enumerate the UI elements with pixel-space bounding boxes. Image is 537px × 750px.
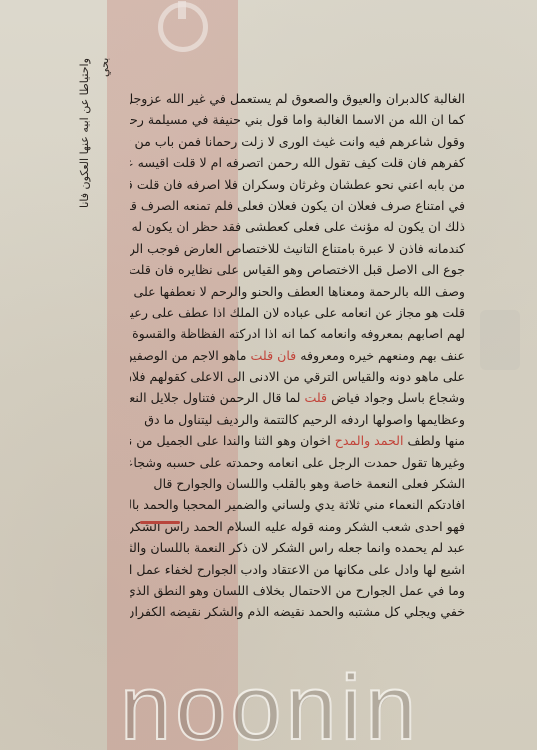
line-text: الغالبة كالدبران والعيوق والصعوق لم يستع… (130, 91, 465, 106)
manuscript-line: خفي ويجلي كل مشتبه والحمد نقيضه الذم وال… (130, 601, 465, 622)
manuscript-line: وقول شاعرهم فيه وانت غيث الورى لا زلت رح… (130, 131, 465, 152)
line-text: افادتكم النعماء مني ثلاثة يدي ولساني وال… (130, 497, 465, 512)
line-text: ذلك ان يكون له مؤنث على فعلى كعطشى فقد ح… (130, 219, 465, 234)
line-text: اخوان وهو الثنا والندا على الجميل من نعم… (130, 433, 331, 448)
manuscript-line: اشيع لها وادل على مكانها من الاعتقاد واد… (130, 559, 465, 580)
paper-stain (480, 310, 520, 370)
rubric-text: قلت (301, 390, 332, 405)
line-text: جوع الى الاصل قبل الاختصاص وهو القياس عل… (130, 262, 465, 277)
margin-note: واحتياطا عن ابيه عنها العكون فانا بحي (75, 58, 119, 208)
rubric-text: الحمد والمدح (331, 433, 408, 448)
manuscript-line: الغالبة كالدبران والعيوق والصعوق لم يستع… (130, 88, 465, 109)
watermark-text: noonin (120, 668, 537, 748)
manuscript-line: جوع الى الاصل قبل الاختصاص وهو القياس عل… (130, 259, 465, 280)
line-text: فهو احدى شعب الشكر ومنه قوله عليه السلام… (130, 519, 465, 534)
rubric-text: فان قلت (247, 348, 301, 363)
line-text: عنف بهم ومنعهم خيره ومعروفه (300, 348, 465, 363)
manuscript-line: وغيرها تقول حمدت الرجل على انعامه وحمدته… (130, 452, 465, 473)
line-text: ماهو الاجم من الوصفين (130, 348, 247, 363)
line-text: لهم اصابهم بمعروفه وانعامه كما انه اذا ا… (132, 326, 465, 341)
manuscript-line: عنف بهم ومنعهم خيره ومعروفه فان قلت ماهو… (130, 345, 465, 366)
line-text: وشجاع باسل وجواد فياض (331, 390, 465, 405)
line-text: وصف الله بالرحمة ومعناها العطف والحنو وا… (130, 284, 465, 299)
manuscript-line: كفرهم فان قلت كيف تقول الله رحمن اتصرفه … (130, 152, 465, 173)
line-text: خفي ويجلي كل مشتبه والحمد نقيضه الذم وال… (130, 604, 465, 619)
line-text: من بابه اعني نحو عطشان وغرثان وسكران فلا… (130, 177, 465, 192)
manuscript-line: كندمانه فاذن لا عبرة بامتناع التانيث للا… (130, 238, 465, 259)
manuscript-line: من بابه اعني نحو عطشان وغرثان وسكران فلا… (130, 174, 465, 195)
line-text: وعظايمها واصولها اردفه الرحيم كالتتمة وا… (144, 412, 465, 427)
line-text: كندمانه فاذن لا عبرة بامتناع التانيث للا… (130, 241, 465, 256)
manuscript-line: وصف الله بالرحمة ومعناها العطف والحنو وا… (130, 281, 465, 302)
manuscript-line: فهو احدى شعب الشكر ومنه قوله عليه السلام… (130, 516, 465, 537)
manuscript-line: كما ان الله من الاسما الغالبة واما قول ب… (130, 109, 465, 130)
circular-logo-icon (158, 2, 208, 52)
manuscript-page: واحتياطا عن ابيه عنها العكون فانا بحي ال… (0, 0, 537, 750)
manuscript-line: ذلك ان يكون له مؤنث على فعلى كعطشى فقد ح… (130, 216, 465, 237)
rubric-overline (140, 521, 180, 524)
line-text: اشيع لها وادل على مكانها من الاعتقاد واد… (130, 562, 465, 577)
manuscript-line: افادتكم النعماء مني ثلاثة يدي ولساني وال… (130, 494, 465, 515)
manuscript-line: قلت هو مجاز عن انعامه على عباده لان المل… (130, 302, 465, 323)
line-text: لما قال الرحمن فتناول جلايل النعم (130, 390, 301, 405)
line-text: كما ان الله من الاسما الغالبة واما قول ب… (130, 112, 465, 127)
manuscript-line: لهم اصابهم بمعروفه وانعامه كما انه اذا ا… (130, 323, 465, 344)
manuscript-line: وشجاع باسل وجواد فياض قلت لما قال الرحمن… (130, 387, 465, 408)
line-text: على ماهو دونه والقياس الترقي من الادنى ا… (130, 369, 465, 384)
line-text: الشكر فعلى النعمة خاصة وهو بالقلب واللسا… (153, 476, 465, 491)
line-text: وقول شاعرهم فيه وانت غيث الورى لا زلت رح… (130, 134, 465, 149)
line-text: كفرهم فان قلت كيف تقول الله رحمن اتصرفه … (130, 155, 465, 170)
manuscript-line: في امتناع صرف فعلان ان يكون فعلان فعلى ف… (130, 195, 465, 216)
manuscript-line: على ماهو دونه والقياس الترقي من الادنى ا… (130, 366, 465, 387)
line-text: وغيرها تقول حمدت الرجل على انعامه وحمدته… (130, 455, 465, 470)
manuscript-text: الغالبة كالدبران والعيوق والصعوق لم يستع… (130, 88, 465, 623)
manuscript-line: منها ولطف الحمد والمدح اخوان وهو الثنا و… (130, 430, 465, 451)
line-text: قلت هو مجاز عن انعامه على عباده لان المل… (130, 305, 465, 320)
manuscript-line: وما في عمل الجوارح من الاحتمال بخلاف الل… (130, 580, 465, 601)
line-text: عبد لم يحمده وانما جعله راس الشكر لان ذك… (130, 540, 465, 555)
manuscript-line: الشكر فعلى النعمة خاصة وهو بالقلب واللسا… (130, 473, 465, 494)
line-text: منها ولطف (408, 433, 465, 448)
manuscript-line: وعظايمها واصولها اردفه الرحيم كالتتمة وا… (130, 409, 465, 430)
manuscript-line: عبد لم يحمده وانما جعله راس الشكر لان ذك… (130, 537, 465, 558)
line-text: وما في عمل الجوارح من الاحتمال بخلاف الل… (130, 583, 465, 598)
line-text: في امتناع صرف فعلان ان يكون فعلان فعلى ف… (130, 198, 465, 213)
